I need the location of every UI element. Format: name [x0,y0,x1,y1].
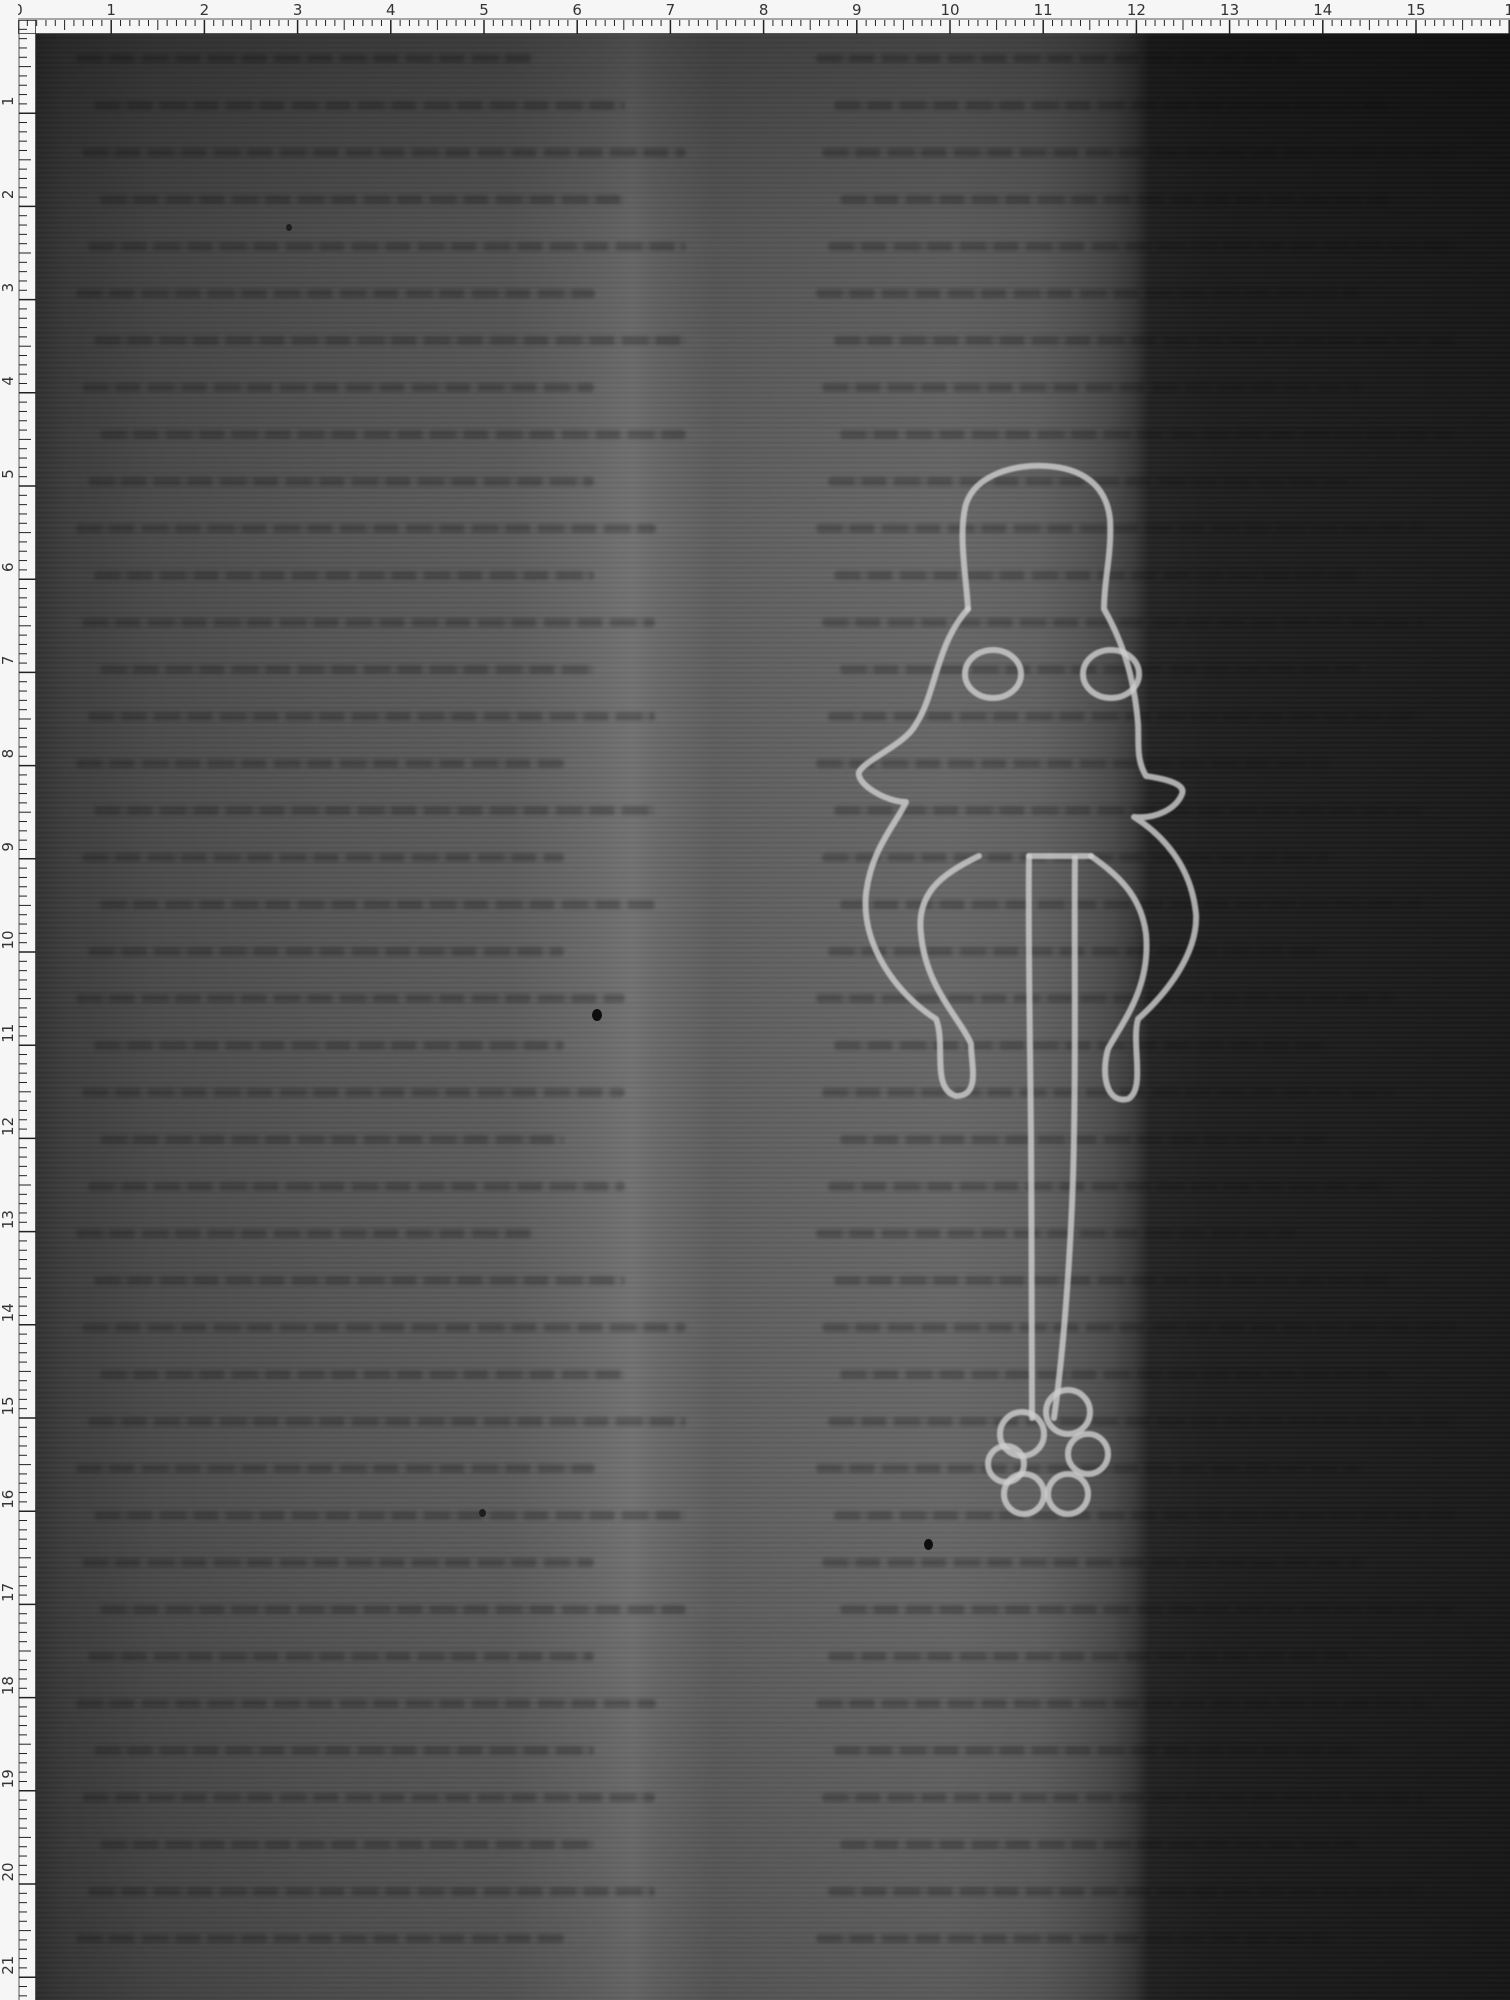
ruler-label: 14 [0,1303,17,1322]
ruler-label: 1 [106,1,116,19]
ruler-label: 18 [0,1676,17,1695]
ruler-label: 8 [759,1,769,19]
ruler-label: 5 [0,469,17,479]
ruler-label: 16 [0,1490,17,1509]
ruler-label: 9 [0,842,17,852]
left-ruler: 123456789101112131415161718192021 [0,20,36,2000]
top-ruler-scale: 01234567891011121314151 [18,0,1510,34]
ruler-label: 13 [0,1210,17,1229]
ruler-label: 19 [0,1769,17,1788]
ink-spot [286,224,292,231]
ruler-label: 3 [293,1,303,19]
ruler-label: 4 [386,1,396,19]
ruler-label: 2 [200,1,210,19]
ruler-label: 17 [0,1583,17,1602]
ruler-label: 1 [0,96,17,106]
ruler-label: 21 [0,1956,17,1975]
ink-spot [479,1509,486,1517]
ruler-label: 2 [0,190,17,200]
top-ruler: 01234567891011121314151 [18,0,1510,34]
left-ruler-scale: 123456789101112131415161718192021 [0,20,36,2000]
ruler-label: 10 [940,1,959,19]
ruler-label: 12 [1127,1,1146,19]
ruler-label: 7 [666,1,676,19]
ruler-label: 4 [0,376,17,386]
ruler-label: 6 [572,1,582,19]
ruler-label: 3 [0,283,17,293]
ruler-label: 15 [0,1396,17,1415]
ruler-label: 13 [1220,1,1239,19]
ink-spot [924,1539,933,1550]
ruler-label: 11 [0,1024,17,1043]
ruler-label: 12 [0,1117,17,1136]
ruler-label: 5 [479,1,489,19]
ruler-label: 6 [0,562,17,572]
ruler-label: 10 [0,930,17,949]
ruler-label: 7 [0,656,17,666]
ruler-label: 8 [0,749,17,759]
ruler-label: 0 [18,1,23,19]
radiograph-image [36,34,1510,2000]
ink-spot [592,1009,602,1021]
ruler-label: 20 [0,1862,17,1881]
ruler-label: 1 [1504,1,1510,19]
ruler-label: 15 [1406,1,1425,19]
ruler-label: 9 [852,1,862,19]
ruler-label: 11 [1034,1,1053,19]
ruler-label: 14 [1313,1,1332,19]
watermark-ox-head-icon [36,34,1510,2000]
